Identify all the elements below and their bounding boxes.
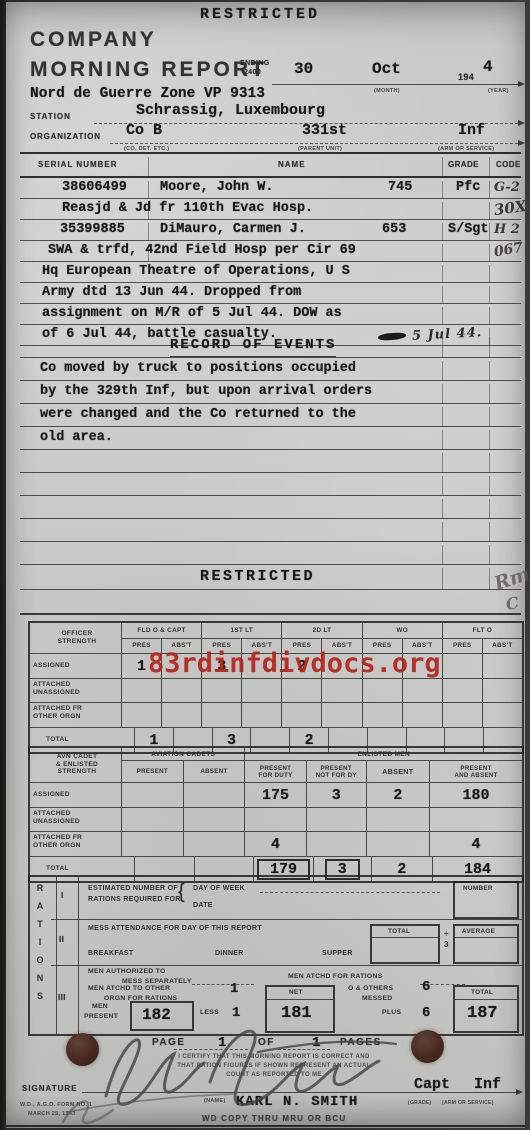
code-handwritten: 30X: [493, 197, 528, 220]
col-divider: [489, 476, 490, 496]
code-handwritten: 067: [493, 239, 525, 263]
men-authorized-label2: MESS SEPARATELY: [122, 978, 192, 985]
roster-row-7: assignment on M/R of 5 Jul 44. DOW as: [20, 304, 521, 325]
rations-divider-2: [51, 965, 522, 966]
org-company: Co B: [126, 122, 162, 139]
average-box: AVERAGE: [453, 924, 519, 964]
number-box: NUMBER: [453, 881, 519, 919]
signature-label: SIGNATURE: [22, 1084, 78, 1093]
atchd-other-orgn-value: 1: [230, 981, 238, 997]
officer-cell: [201, 703, 241, 727]
enlisted-cell: [366, 832, 430, 856]
estimated-rations-label1: ESTIMATED NUMBER OF: [88, 885, 178, 892]
plus-value: 6: [422, 1005, 430, 1021]
men-atchd-rations-label: MEN ATCHD FOR RATIONS: [288, 973, 383, 980]
officer-cell: [161, 703, 201, 727]
officer-cell: [281, 679, 321, 702]
blank-ruled-row: [20, 542, 521, 565]
blank-ruled-row: [20, 496, 521, 519]
average-label: AVERAGE: [462, 928, 495, 935]
group-1st-lt: 1ST LT: [201, 623, 281, 638]
col-divider: [442, 361, 443, 381]
col-name: NAME: [278, 154, 306, 176]
corner-line: & ENLISTED: [56, 761, 98, 768]
event-text: were changed and the Co returned to the: [40, 404, 356, 425]
roster-row-6: Army dtd 13 Jun 44. Dropped from: [20, 283, 521, 304]
col-divider: [489, 181, 490, 199]
total-box-rule: [372, 937, 438, 938]
footer: PAGE 1 OF 1 PAGES I CERTIFY THAT THIS MO…: [6, 1032, 525, 1128]
number-label: NUMBER: [463, 885, 493, 892]
total-box: TOTAL: [370, 924, 440, 964]
numeral-iii: III: [58, 993, 66, 1002]
col-divider: [489, 157, 490, 177]
name-caption: (NAME): [204, 1098, 226, 1104]
enlisted-row-attached-unassigned: ATTACHEDUNASSIGNED: [30, 807, 522, 831]
date-label: DATE: [193, 902, 213, 909]
men-present-label2: PRESENT: [84, 1013, 118, 1020]
officer-cell: [121, 703, 161, 727]
event-line-3: were changed and the Co returned to the: [20, 404, 521, 427]
enlisted-header: AVN CADET & ENLISTED STRENGTH AVIATION C…: [30, 748, 522, 782]
col-av-present: PRESENT: [121, 761, 183, 782]
plus-label: PLUS: [382, 1009, 401, 1016]
margin-initials-line2: C: [504, 593, 520, 614]
numeral-ii: II: [59, 935, 64, 944]
enlisted-corner-label: AVN CADET & ENLISTED STRENGTH: [30, 748, 121, 782]
certifying-officer-name: KARL N. SMITH: [236, 1094, 358, 1110]
row-label: ASSIGNED: [30, 783, 121, 807]
day-of-week-label: DAY OF WEEK: [193, 885, 245, 892]
form-number-line1: W.D., A.G.O. FORM NO. 1: [20, 1102, 92, 1108]
page-blank-1: [174, 1042, 248, 1050]
breakfast-label: BREAKFAST: [88, 950, 133, 957]
mess-attendance-label: MESS ATTENDANCE FOR DAY OF THIS REPORT: [88, 925, 262, 932]
rations-total-label: TOTAL: [471, 989, 493, 996]
report-month: Oct: [372, 60, 401, 78]
roster-row-5: Hq European Theatre of Operations, U S: [20, 262, 521, 283]
day-of-week-blank: [260, 885, 440, 893]
col-divider: [442, 568, 443, 590]
event-text: Co moved by truck to positions occupied: [40, 358, 356, 379]
total-label: TOTAL: [388, 928, 410, 935]
net-value: 181: [281, 1004, 312, 1023]
page-title-line2: MORNING REPORT: [30, 58, 267, 82]
officer-cell: [482, 654, 522, 678]
col-divider: [489, 545, 490, 565]
estimated-rations-label2: RATIONS REQUIRED FOR: [88, 896, 181, 903]
col-serial-number: SERIAL NUMBER: [38, 154, 118, 176]
classification-top: RESTRICTED: [200, 6, 320, 23]
station-rule-arrow: [518, 120, 525, 126]
col-divider: [489, 307, 490, 325]
col-divider: [442, 157, 443, 177]
remark-line: SWA & trfd, 42nd Field Hosp per Cir 69: [48, 241, 356, 260]
col-divider: [148, 157, 149, 177]
supper-label: SUPPER: [322, 950, 353, 957]
officer-row-attached-fr: ATTACHED FROTHER ORGN: [30, 702, 522, 727]
col-divider: [442, 545, 443, 565]
record-of-events: RECORD OF EVENTS Co moved by truck to po…: [20, 334, 521, 615]
events-heading-row: RECORD OF EVENTS: [20, 334, 521, 358]
punch-hole-left: [66, 1033, 99, 1066]
cert-line-1: I CERTIFY THAT THIS MORNING REPORT IS CO…: [156, 1053, 392, 1062]
atchd-other-orgn-label1: MEN ATCHD TO OTHER: [88, 985, 170, 992]
col-divider: [442, 499, 443, 519]
officer-corner-label: OFFICER STRENGTH: [30, 623, 121, 653]
col-divider: [489, 202, 490, 220]
group-2d-lt: 2D LT: [281, 623, 361, 638]
group-flt-o: FLT O: [442, 623, 522, 638]
officer-cell: [442, 679, 482, 702]
signature-rule-arrow: [516, 1089, 523, 1095]
zone-line: Nord de Guerre Zone VP 9313: [30, 86, 265, 102]
blank-ruled-row: [20, 590, 521, 615]
group-enlisted-men: ENLISTED MEN: [244, 748, 522, 760]
col-divider: [442, 384, 443, 404]
col-grade: GRADE: [448, 154, 479, 176]
officer-cell: [482, 703, 522, 727]
serial-number: 38606499: [62, 178, 127, 197]
o-others-label2: MESSED: [362, 995, 393, 1002]
men-present-value: 182: [142, 1006, 171, 1024]
corner-line: STRENGTH: [58, 768, 97, 775]
col-divider: [442, 223, 443, 241]
row-label: ATTACHED FROTHER ORGN: [30, 703, 121, 727]
numeral-i: I: [61, 891, 64, 900]
rations-section: RATIONS I II III ESTIMATED NUMBER OF RAT…: [28, 875, 524, 1036]
year-prefix: 194: [458, 72, 474, 82]
divide-sign: ÷: [444, 929, 449, 938]
enlisted-cell: 2: [366, 783, 430, 807]
col-divider: [489, 407, 490, 427]
cert-line-2: THAT RATION FIGURES IF SHOWN REPRESENT A…: [156, 1062, 392, 1071]
page-title-line1: COMPANY: [30, 28, 157, 52]
mos-number: 745: [388, 178, 412, 197]
enlisted-cell: [306, 832, 366, 856]
total-box-rule2: [455, 999, 517, 1000]
corner-line: STRENGTH: [58, 638, 97, 645]
enlisted-cell: 4: [429, 832, 522, 856]
row-label: ASSIGNED: [30, 654, 121, 678]
col-divider: [442, 407, 443, 427]
col-divider: [489, 453, 490, 473]
event-line-1: Co moved by truck to positions occupied: [20, 358, 521, 381]
officer-cell: [241, 679, 281, 702]
col-divider: [489, 286, 490, 304]
enlisted-row-assigned: ASSIGNED 175 3 2 180: [30, 782, 522, 807]
row-label: ATTACHEDUNASSIGNED: [30, 679, 121, 702]
officer-cell: [482, 679, 522, 702]
signature-rule: [82, 1076, 518, 1093]
watermark-text: 83rdinfdivdocs.org: [148, 648, 441, 679]
officer-cell: [121, 679, 161, 702]
less-label: LESS: [200, 1009, 219, 1016]
roster-row-1: 38606499 Moore, John W. 745 Pfc G-2: [20, 178, 521, 199]
remark-line: Hq European Theatre of Operations, U S: [42, 262, 350, 281]
grade-caption: (GRADE): [408, 1100, 432, 1106]
o-others-value: 6: [422, 979, 430, 995]
remark-line: Army dtd 13 Jun 44. Dropped from: [42, 283, 301, 302]
enlisted-cell: [183, 832, 245, 856]
soldier-name: Moore, John W.: [160, 178, 273, 197]
officer-cell: [321, 703, 361, 727]
corner-line: AVN CADET: [57, 753, 98, 760]
col-divider: [442, 307, 443, 325]
organization-rule-arrow: [518, 140, 525, 146]
enlisted-cell: 3: [306, 783, 366, 807]
month-caption: (MONTH): [374, 88, 400, 94]
average-box-rule: [455, 937, 517, 938]
ending-time: 2400: [244, 69, 261, 76]
col-present-and-absent: PRESENTAND ABSENT: [429, 761, 522, 782]
officer-cell: [442, 703, 482, 727]
form-number-line2: MARCH 25, 1943: [28, 1111, 76, 1117]
officer-strength-table: OFFICER STRENGTH FLD O & CAPT 1ST LT 2D …: [28, 621, 524, 754]
brace: {: [178, 881, 185, 904]
col-divider: [489, 568, 490, 590]
col-divider: [442, 181, 443, 199]
officer-cell: [241, 703, 281, 727]
col-code: CODE: [496, 154, 521, 176]
station-label: STATION: [30, 112, 71, 121]
events-heading: RECORD OF EVENTS: [170, 334, 336, 357]
event-text: old area.: [40, 427, 113, 448]
row-label: ATTACHEDUNASSIGNED: [30, 808, 121, 831]
group-wo: WO: [362, 623, 442, 638]
less-value: 1: [232, 1005, 240, 1021]
of-label: OF: [258, 1037, 275, 1048]
col-divider: [489, 265, 490, 283]
enlisted-cell: [366, 808, 430, 831]
men-authorized-label1: MEN AUTHORIZED TO: [88, 968, 166, 975]
year-caption: (YEAR): [488, 88, 509, 94]
officer-cell: [402, 679, 442, 702]
bottom-edge-rule: [6, 1125, 525, 1127]
sub-pres: PRES: [442, 639, 482, 654]
rations-divider-1: [51, 919, 522, 920]
organization-label: ORGANIZATION: [30, 132, 101, 141]
col-divider: [148, 223, 149, 241]
officer-cell: [442, 654, 482, 678]
roster-header-row: SERIAL NUMBER NAME GRADE CODE: [20, 154, 521, 178]
org-parent-unit: 331st: [302, 122, 347, 139]
punch-hole-right: [411, 1030, 444, 1063]
enlisted-cell: 175: [244, 783, 306, 807]
roster-row-4: SWA & trfd, 42nd Field Hosp per Cir 69 0…: [20, 241, 521, 262]
enlisted-cell: [429, 808, 522, 831]
org-arm-service: Inf: [458, 122, 485, 139]
officer-row-attached-unassigned: ATTACHEDUNASSIGNED: [30, 678, 522, 702]
restricted-mid-row: RESTRICTED: [20, 565, 521, 590]
rations-total-value: 187: [467, 1004, 498, 1023]
officer-grade: Capt: [414, 1076, 450, 1093]
enlisted-cell: [121, 783, 183, 807]
report-year: 4: [483, 58, 493, 76]
serial-number: 35399885: [60, 220, 125, 239]
rations-numeral-col: [51, 877, 79, 1034]
group-fldo-capt: FLD O & CAPT: [121, 623, 201, 638]
col-divider: [148, 181, 149, 199]
enlisted-cell: [183, 783, 245, 807]
enlisted-cell: [244, 808, 306, 831]
officer-cell: [161, 679, 201, 702]
net-box: NET 181: [265, 985, 335, 1033]
copy-routing-line: WD COPY THRU MRU OR BCU: [202, 1114, 346, 1123]
code-handwritten: G-2: [494, 178, 520, 197]
col-divider: [489, 223, 490, 241]
officer-arm: Inf: [474, 1076, 501, 1093]
date-rule-arrow: [518, 81, 525, 87]
col-av-absent: ABSENT: [183, 761, 245, 782]
net-label: NET: [289, 989, 303, 996]
divide-three: 3: [444, 940, 449, 949]
group-aviation-cadets: AVIATION CADETS: [121, 748, 244, 760]
col-divider: [489, 337, 490, 358]
code-handwritten: H 2: [494, 220, 520, 239]
col-divider: [489, 361, 490, 381]
soldier-name: DiMauro, Carmen J.: [160, 220, 306, 239]
col-divider: [489, 384, 490, 404]
event-line-2: by the 329th Inf, but upon arrival order…: [20, 381, 521, 404]
enlisted-cell: 4: [244, 832, 306, 856]
roster-row-2: Reasjd & Jd fr 110th Evac Hosp. 30X: [20, 199, 521, 220]
report-day: 30: [294, 60, 313, 78]
officer-cell: [321, 679, 361, 702]
enlisted-cell: [183, 808, 245, 831]
blank-ruled-row: [20, 450, 521, 473]
col-divider: [442, 476, 443, 496]
col-divider: [489, 522, 490, 542]
col-divider: [442, 430, 443, 450]
col-absent: ABSENT: [366, 761, 430, 782]
col-present-not-for-duty: PRESENTNOT FOR DY: [306, 761, 366, 782]
enlisted-cell: [121, 832, 183, 856]
col-present-for-duty: PRESENTFOR DUTY: [244, 761, 306, 782]
col-divider: [442, 337, 443, 358]
col-divider: [442, 286, 443, 304]
enlisted-strength-table: AVN CADET & ENLISTED STRENGTH AVIATION C…: [28, 746, 524, 883]
ending-label: ENDING: [240, 60, 270, 67]
men-present-box: 182: [130, 1001, 194, 1031]
officer-cell: [362, 703, 402, 727]
enlisted-cell: [306, 808, 366, 831]
event-line-4: old area.: [20, 427, 521, 450]
mos-number: 653: [382, 220, 406, 239]
remark-line: assignment on M/R of 5 Jul 44. DOW as: [42, 304, 342, 323]
officer-cell: [402, 703, 442, 727]
remark-line: Reasjd & Jd fr 110th Evac Hosp.: [62, 199, 313, 218]
col-divider: [442, 244, 443, 262]
col-divider: [442, 522, 443, 542]
col-divider: [489, 430, 490, 450]
rations-total-box: TOTAL 187: [453, 985, 519, 1033]
col-divider: [442, 453, 443, 473]
grade: Pfc: [456, 178, 480, 197]
arm-caption: (ARM OR SERVICE): [442, 1100, 494, 1106]
sub-abst: ABS'T: [482, 639, 522, 654]
col-divider: [442, 202, 443, 220]
row-label: ATTACHED FROTHER ORGN: [30, 832, 121, 856]
blank-ruled-row: [20, 519, 521, 542]
net-box-rule: [267, 999, 333, 1000]
col-divider: [489, 244, 490, 262]
col-divider: [442, 265, 443, 283]
o-others-label1: O & OTHERS: [348, 985, 393, 992]
enlisted-row-attached-fr: ATTACHED FROTHER ORGN 4 4: [30, 831, 522, 856]
roster-table: SERIAL NUMBER NAME GRADE CODE 38606499 M…: [20, 152, 521, 346]
col-divider: [489, 499, 490, 519]
officer-cell: [281, 703, 321, 727]
corner-line: OFFICER: [61, 630, 92, 637]
enlisted-cell: [121, 808, 183, 831]
grade: S/Sgt: [448, 220, 489, 239]
mess-separately-blank: [192, 977, 254, 985]
event-text: by the 329th Inf, but upon arrival order…: [40, 381, 372, 402]
officer-cell: [201, 679, 241, 702]
page-blank-2: [278, 1042, 330, 1050]
men-present-label1: MEN: [92, 1003, 108, 1010]
officer-cell: [362, 679, 402, 702]
blank-ruled-row: [20, 473, 521, 496]
roster-row-3: 35399885 DiMauro, Carmen J. 653 S/Sgt H …: [20, 220, 521, 241]
dinner-label: DINNER: [215, 950, 244, 957]
pages-label: PAGES: [340, 1037, 382, 1048]
enlisted-cell: 180: [429, 783, 522, 807]
morning-report-form: RESTRICTED COMPANY MORNING REPORT ENDING…: [6, 2, 525, 1128]
classification-mid: RESTRICTED: [200, 565, 315, 588]
station-value: Schrassig, Luxembourg: [136, 102, 325, 119]
